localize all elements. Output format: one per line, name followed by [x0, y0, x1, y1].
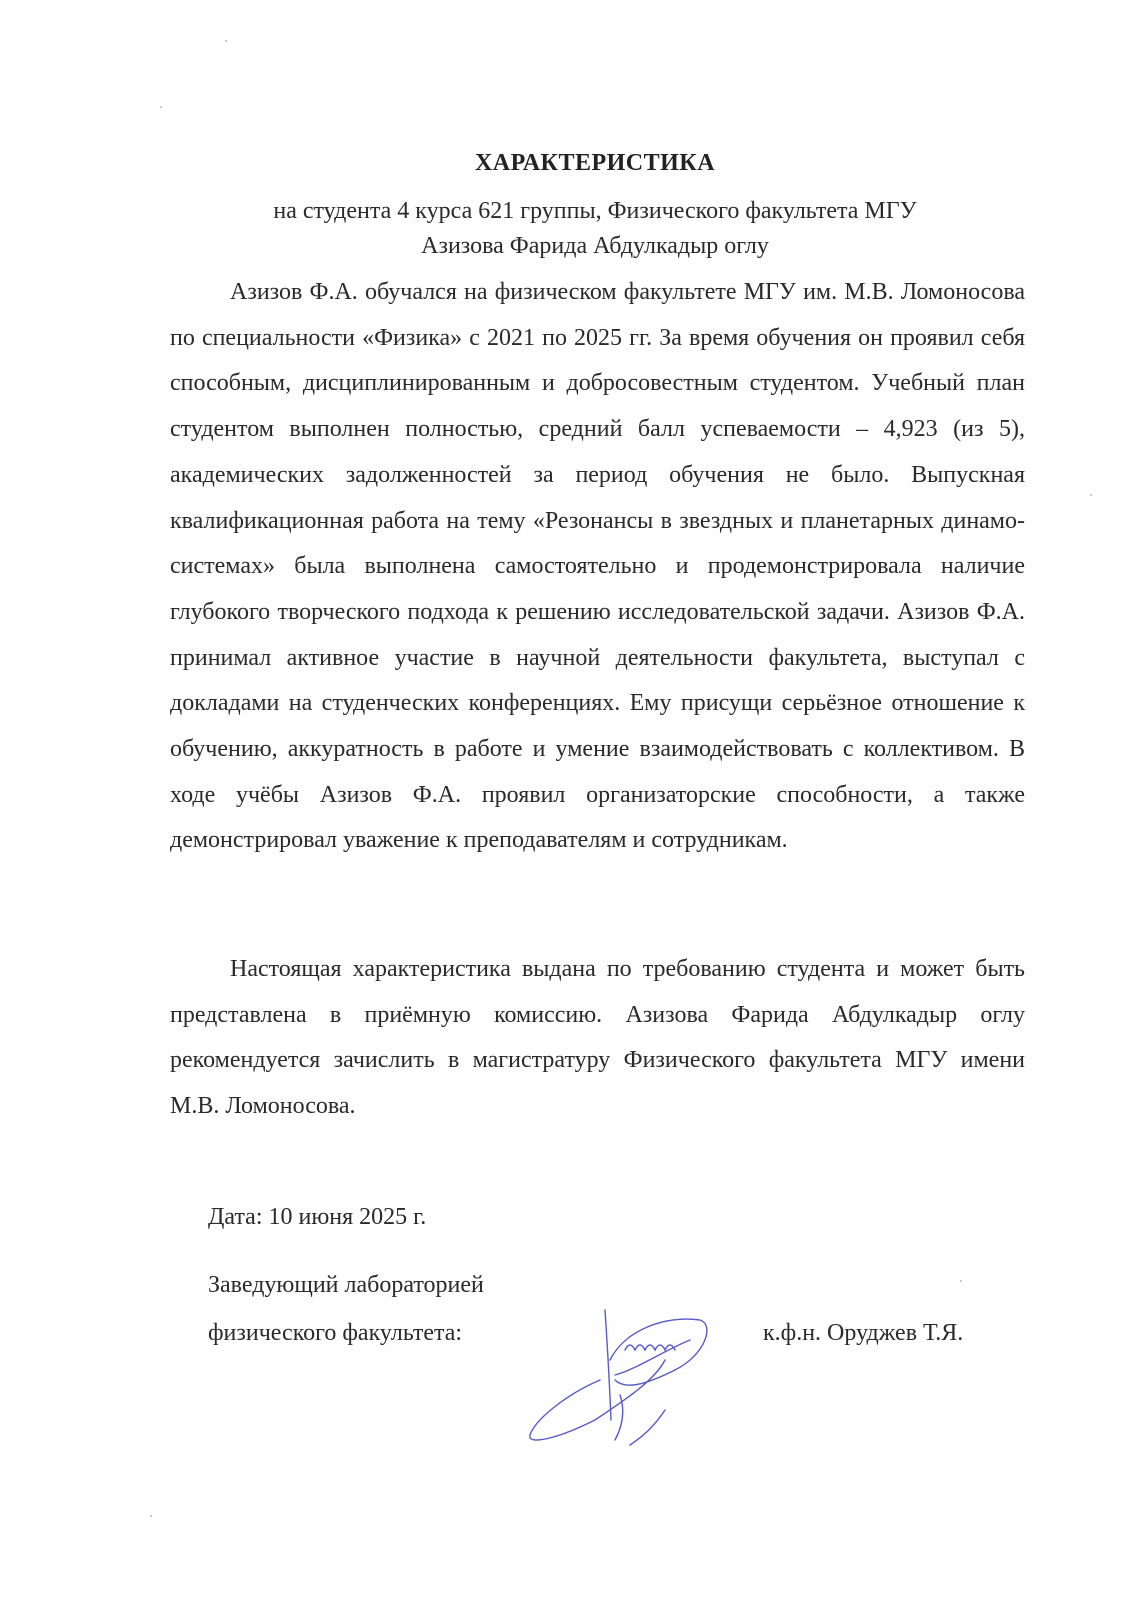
- scan-speck: [1090, 494, 1092, 496]
- date-line: Дата: 10 июня 2025 г.: [208, 1204, 426, 1231]
- subtitle-student-name: Азизова Фарида Абдулкадыр оглу: [0, 233, 1131, 260]
- document-title: ХАРАКТЕРИСТИКА: [0, 150, 1131, 177]
- scan-speck: [150, 1515, 152, 1517]
- scan-speck: [160, 106, 162, 108]
- scan-speck: [225, 40, 227, 42]
- subtitle-student-course: на студента 4 курса 621 группы, Физическ…: [0, 198, 1131, 225]
- scan-speck: [960, 1280, 962, 1282]
- position-line-2: физического факультета:: [208, 1320, 462, 1347]
- handwritten-signature: [515, 1300, 725, 1450]
- document-page: ХАРАКТЕРИСТИКА на студента 4 курса 621 г…: [0, 0, 1131, 1600]
- paragraph-recommendation: Настоящая характеристика выдана по требо…: [170, 947, 1025, 1130]
- position-line-1: Заведующий лабораторией: [208, 1272, 484, 1299]
- paragraph-recommendation-text: Настоящая характеристика выдана по требо…: [170, 956, 1025, 1119]
- paragraph-main-text: Азизов Ф.А. обучался на физическом факул…: [170, 279, 1025, 853]
- paragraph-main: Азизов Ф.А. обучался на физическом факул…: [170, 270, 1025, 864]
- signer-name: к.ф.н. Оруджев Т.Я.: [763, 1320, 963, 1347]
